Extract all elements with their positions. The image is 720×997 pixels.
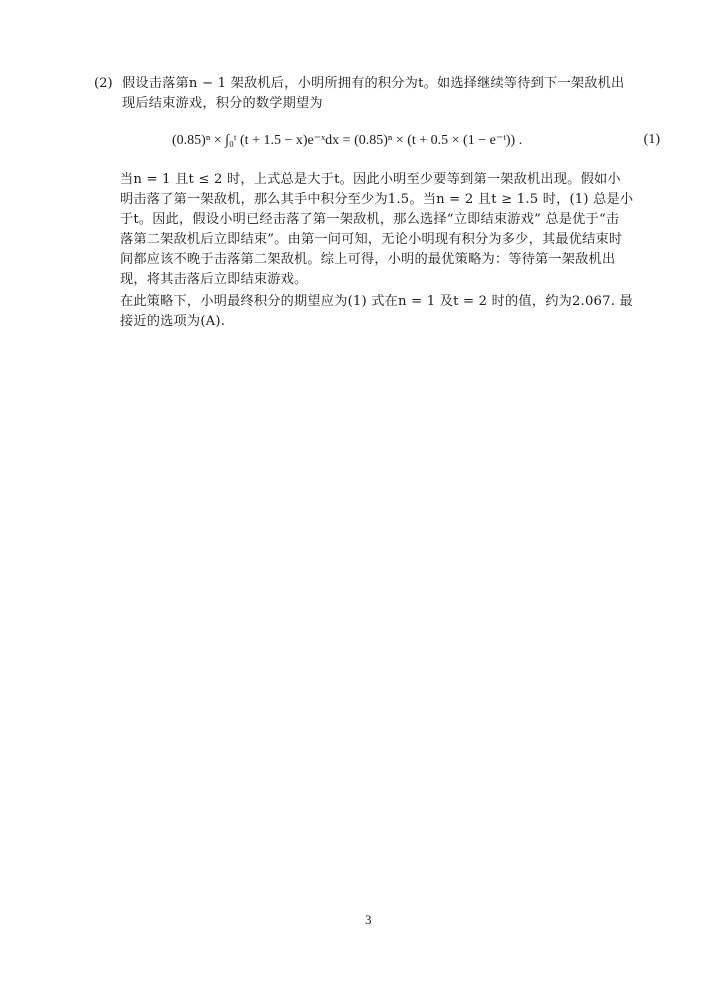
paragraph-1-line-1: 假设击落第n − 1 架敌机后，小明所拥有的积分为t。如选择继续等待到下一架敌机… [122, 74, 624, 94]
part-label: (2) [94, 74, 113, 94]
paragraph-2-line-2: 明击落了第一架敌机，那么其手中积分至少为1.5。当n = 2 且t ≥ 1.5 … [120, 190, 633, 210]
page-number: 3 [365, 912, 372, 928]
paragraph-3-line-1: 在此策略下，小明最终积分的期望应为(1) 式在n = 1 及t = 2 时的值，… [120, 292, 633, 312]
document-page: (2) 假设击落第n − 1 架敌机后，小明所拥有的积分为t。如选择继续等待到下… [0, 0, 720, 997]
equation-1: (0.85)ⁿ × ∫₀ᵗ (t + 1.5 − x)e⁻ˣdx = (0.85… [172, 122, 660, 162]
paragraph-1-line-2: 现后结束游戏，积分的数学期望为 [122, 94, 323, 114]
paragraph-2-line-6: 现，将其击落后立即结束游戏。 [120, 270, 307, 290]
equation-body: (0.85)ⁿ × ∫₀ᵗ (t + 1.5 − x)e⁻ˣdx = (0.85… [172, 132, 522, 149]
paragraph-2-line-1: 当n = 1 且t ≤ 2 时，上式总是大于t。因此小明至少要等到第一架敌机出现… [120, 170, 621, 190]
paragraph-2-line-4: 落第二架敌机后立即结束”。由第一问可知，无论小明现有积分为多少，其最优结束时 [120, 230, 622, 250]
paragraph-2-line-3: 于t。因此，假设小明已经击落了第一架敌机，那么选择“立即结束游戏” 总是优于“击 [120, 210, 619, 230]
paragraph-2-line-5: 间都应该不晚于击落第二架敌机。综上可得，小明的最优策略为：等待第一架敌机出 [120, 250, 615, 270]
equation-number: (1) [644, 132, 660, 148]
paragraph-3-line-2: 接近的选项为(A). [120, 312, 225, 332]
